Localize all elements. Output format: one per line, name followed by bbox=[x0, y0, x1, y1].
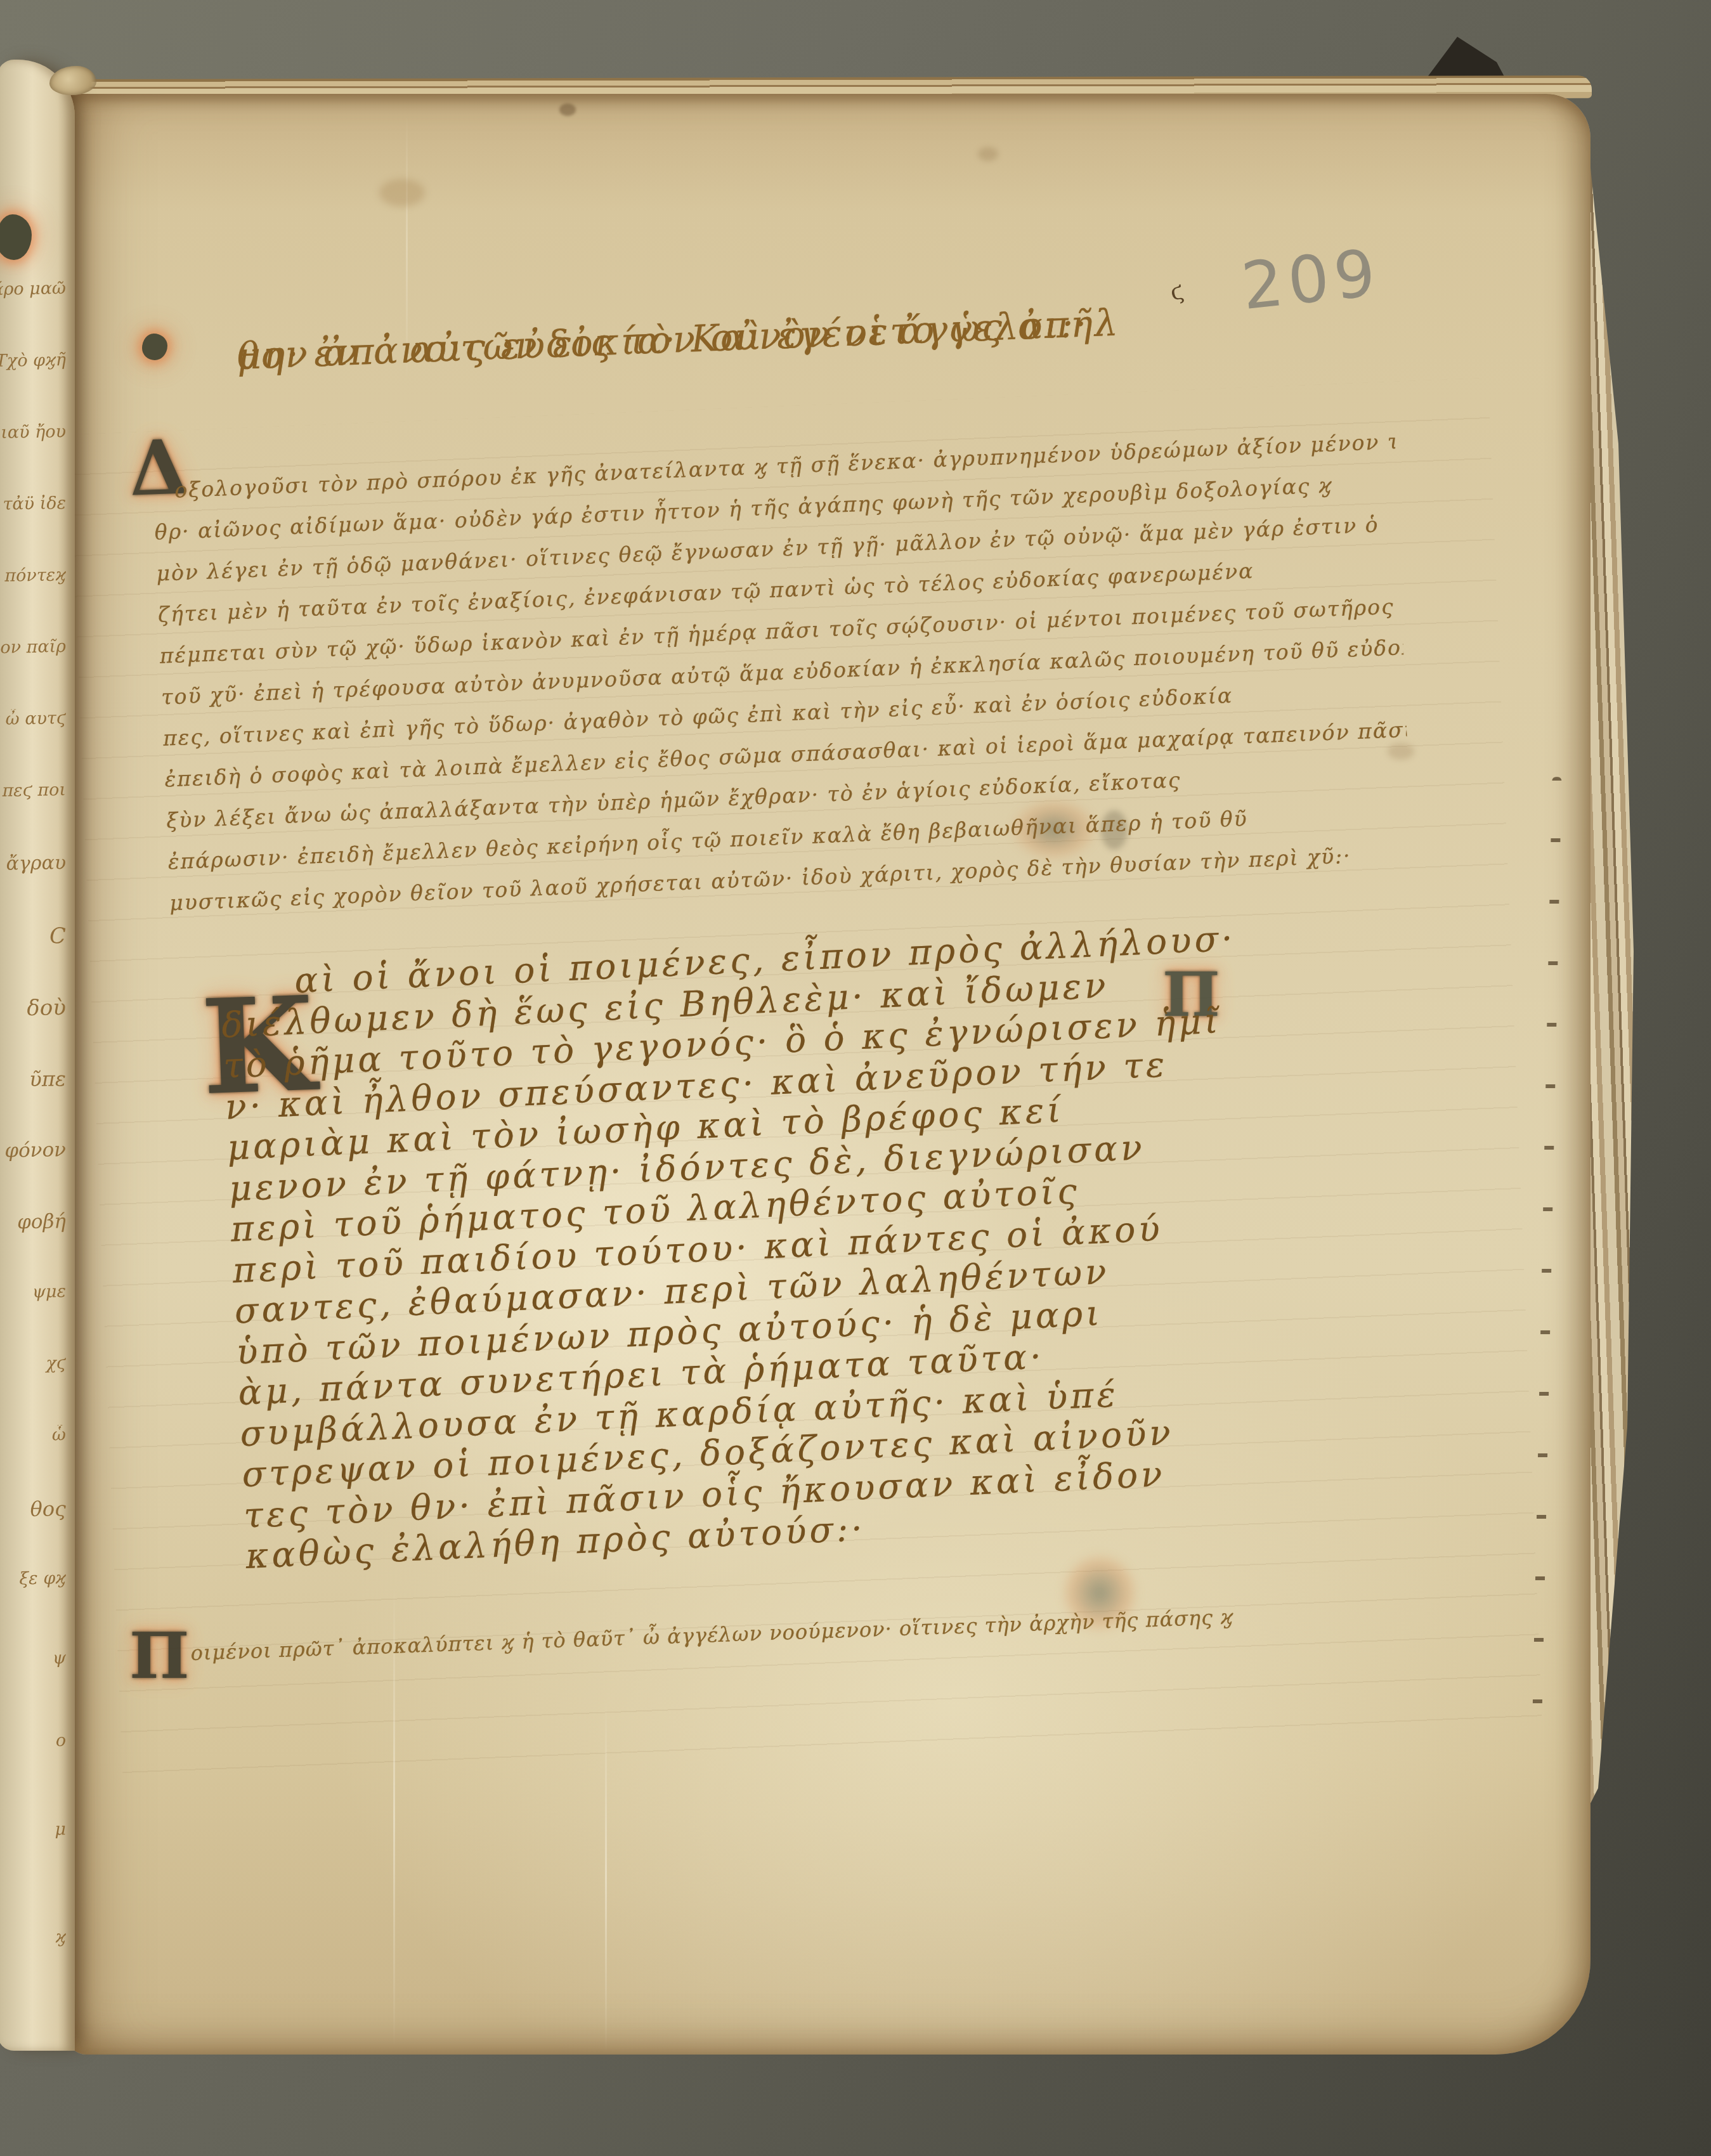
folio-edge-text: ἄγραυ bbox=[0, 852, 66, 875]
folio-edge-text: ν μιαῦ ἤου bbox=[0, 422, 66, 443]
folio-edge-text: ϗ bbox=[0, 1927, 66, 1948]
folio-edge-text: οο Τχὸ φϗῆ bbox=[0, 350, 66, 371]
folio-edge-text: θος bbox=[0, 1497, 66, 1522]
folio-edge-text: ξε φϗ bbox=[0, 1568, 66, 1589]
folio-edge-text: οφ τἀϋ ἰδε bbox=[0, 493, 66, 514]
folio-edge-text: Ϲ bbox=[0, 923, 66, 950]
folio-edge-text: μ bbox=[0, 1819, 66, 1840]
folio-edge-text: φόνον bbox=[0, 1138, 66, 1162]
folio-edge-text: ῦπε bbox=[0, 1067, 66, 1092]
foxing-stain bbox=[559, 103, 576, 116]
folio-edge-text: ὦ πεϛ ποι bbox=[0, 780, 66, 801]
folio-edge-text: φοβή bbox=[0, 1210, 66, 1234]
folio-edge-text: ο bbox=[0, 1731, 66, 1751]
folio-edge-text: ρον παῖρ bbox=[0, 637, 66, 658]
folio-edge-text: ύτοῖς ὦ αυτϛ bbox=[0, 708, 66, 729]
folio-edge-text: χϛ bbox=[0, 1353, 66, 1374]
parchment-crease bbox=[605, 1699, 607, 2055]
foxing-stain bbox=[978, 147, 998, 161]
manuscript-photo: 209 ϛ μη· ἐν ἀνοις εὐδοκία· Καὶ ἐγένετο … bbox=[0, 0, 1711, 2156]
folio-edge-text: ειδ πόντεϗ bbox=[0, 565, 66, 586]
folio-edge-text: ψμε bbox=[0, 1282, 66, 1302]
folio-number: 209 bbox=[1238, 235, 1384, 325]
folio-edge-text: δοὺ bbox=[0, 995, 66, 1022]
binding-thread bbox=[49, 66, 96, 95]
folio-edge-text: ψ bbox=[0, 1648, 66, 1669]
catena-commentary: οξολογοῦσι τὸν πρὸ σπόρου ἐκ γῆς ἀνατείλ… bbox=[152, 420, 1412, 923]
initial-pi-bottom: Π bbox=[129, 1618, 189, 1693]
gospel-text-luke: αὶ οἱ ἄνοι οἱ ποιμένες, εἶπον πρὸς ἀλλήλ… bbox=[219, 918, 1260, 1576]
folio-edge-text: Τοιϛο ἄρο μαῶ bbox=[0, 278, 66, 299]
foxing-stain bbox=[379, 179, 425, 207]
folio-edge-text: ὧ bbox=[0, 1425, 66, 1446]
